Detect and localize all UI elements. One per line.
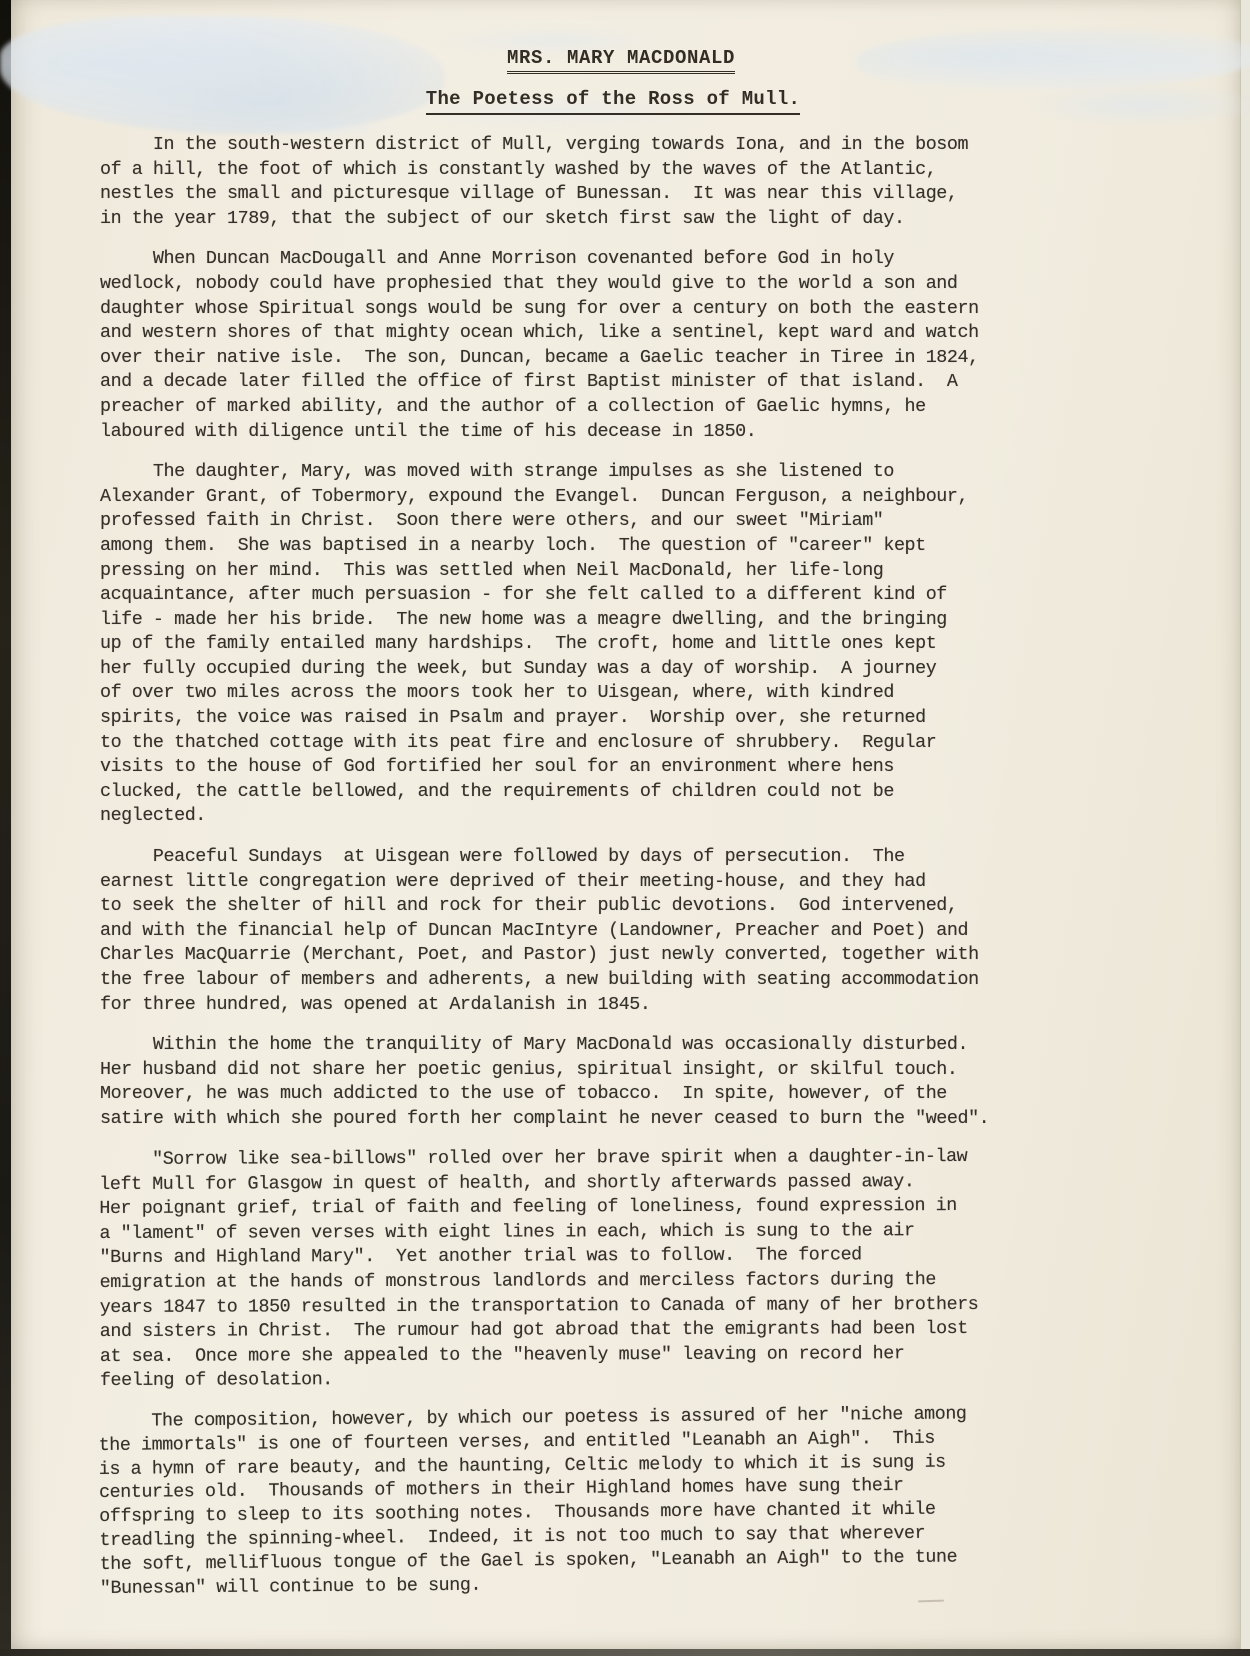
scan-edge-bottom xyxy=(0,1649,1250,1656)
page-subtitle: The Poetess of the Ross of Mull. xyxy=(143,87,1083,115)
paragraph-6: "Sorrow like sea-billows" rolled over he… xyxy=(99,1144,1040,1393)
paragraph-2: When Duncan MacDougall and Anne Morrison… xyxy=(100,247,1040,444)
paragraph-1: In the south-western district of Mull, v… xyxy=(100,133,1040,231)
page-title-text: MRS. MARY MACDONALD xyxy=(507,46,735,74)
paragraph-5: Within the home the tranquility of Mary … xyxy=(100,1033,1040,1131)
paragraph-3: The daughter, Mary, was moved with stran… xyxy=(100,460,1040,829)
scan-edge-right xyxy=(1241,0,1250,1649)
paragraph-4: Peaceful Sundays at Uisgean were followe… xyxy=(100,845,1040,1017)
paper-sheet: MRS. MARY MACDONALD The Poetess of the R… xyxy=(11,0,1241,1649)
scanned-document-page: MRS. MARY MACDONALD The Poetess of the R… xyxy=(0,0,1250,1656)
document-body: In the south-western district of Mull, v… xyxy=(100,133,1040,1600)
page-subtitle-text: The Poetess of the Ross of Mull. xyxy=(426,87,800,115)
scan-edge-left xyxy=(0,0,11,1656)
typed-content: MRS. MARY MACDONALD The Poetess of the R… xyxy=(100,0,1040,1616)
paragraph-7: The composition, however, by which our p… xyxy=(98,1401,1040,1600)
page-title: MRS. MARY MACDONALD xyxy=(151,46,1091,74)
